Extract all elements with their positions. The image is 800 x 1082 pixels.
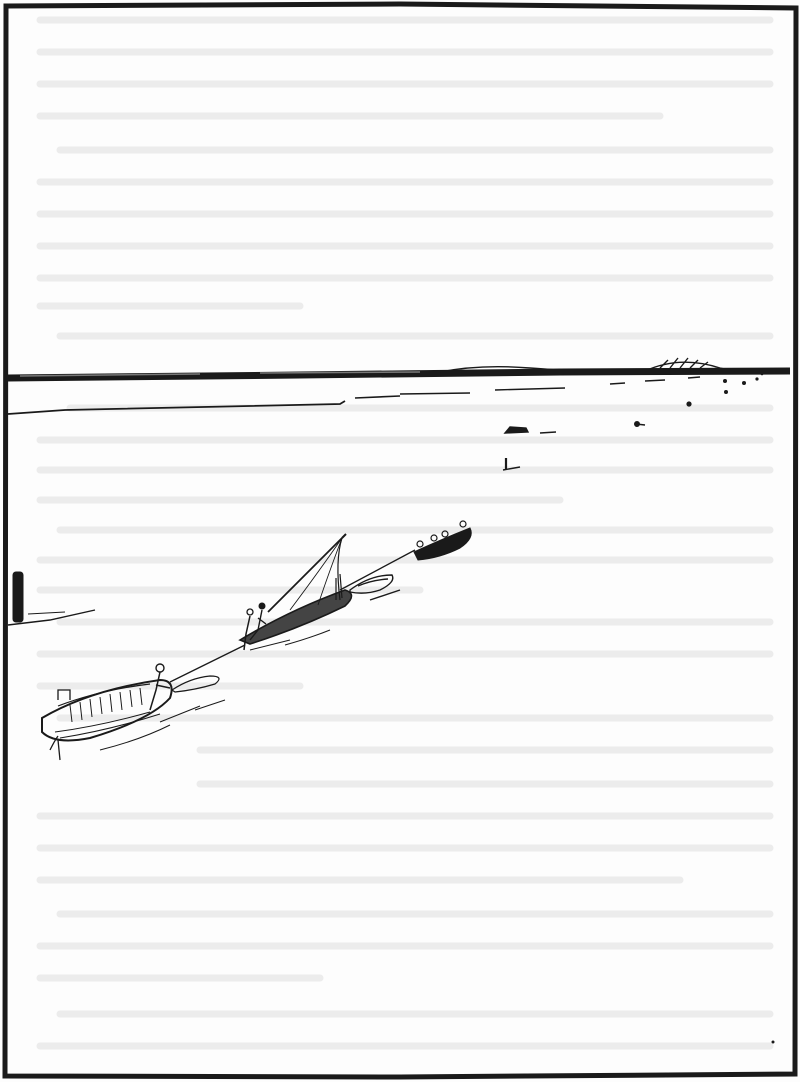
distant-boats bbox=[503, 424, 645, 470]
bleed-through-text bbox=[40, 20, 770, 1046]
illustration-drawing bbox=[0, 0, 800, 1082]
illustration-plate: Boats towed in a line across calm water bbox=[0, 0, 800, 1082]
mooring-post bbox=[8, 572, 95, 625]
paper-specks bbox=[772, 1041, 775, 1044]
rear-rowboat bbox=[42, 664, 225, 760]
